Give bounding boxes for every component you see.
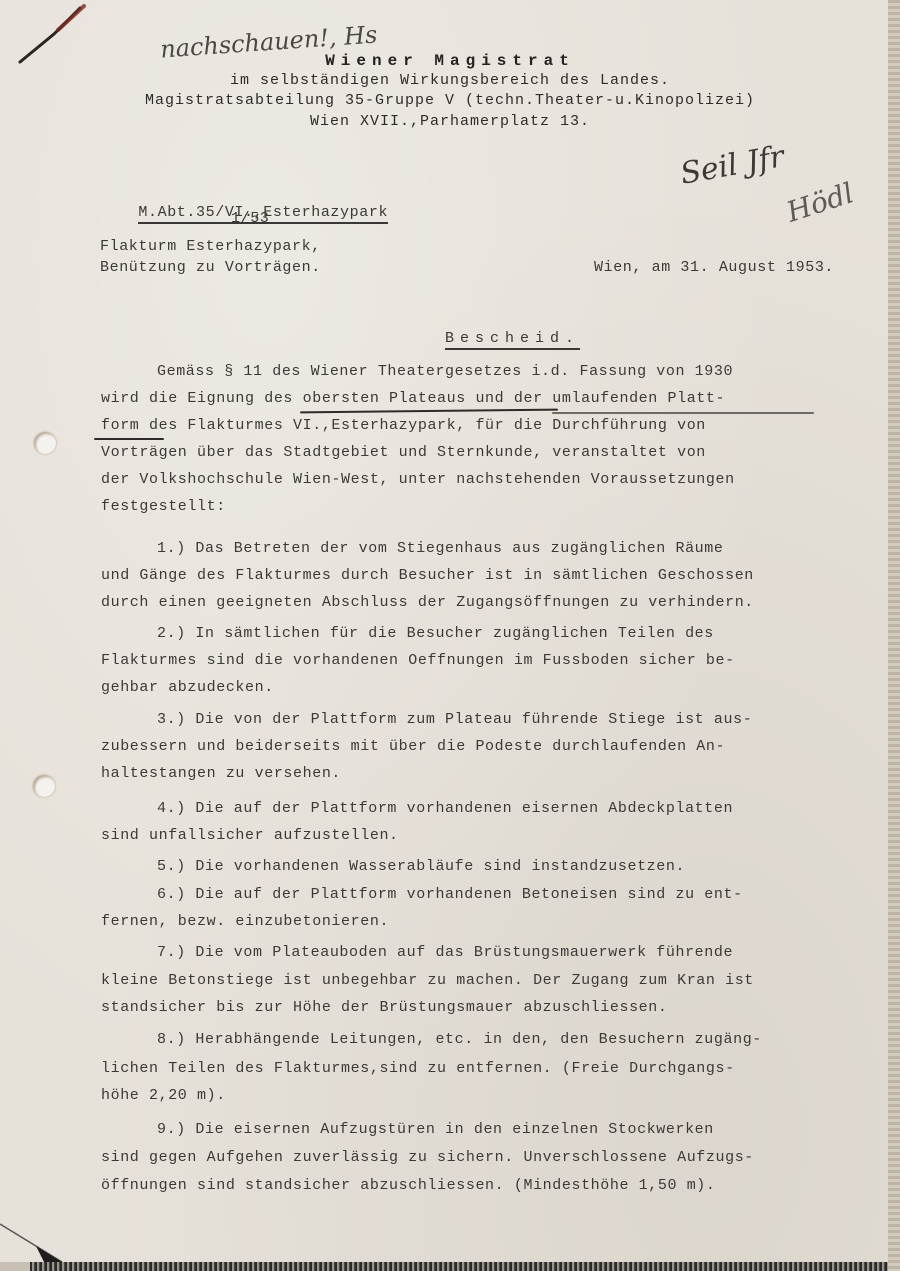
handwritten-signature-2: Hödl: [783, 176, 858, 228]
item-9-line: sind gegen Aufgehen zuverlässig zu siche…: [101, 1149, 754, 1166]
handwritten-signature-1: Seil Jfr: [678, 139, 787, 192]
scanned-document-page: nachschauen!, Hs Seil Jfr Hödl Wiener Ma…: [0, 0, 888, 1262]
item-2-line: gehbar abzudecken.: [101, 679, 274, 696]
item-7-line: 7.) Die vom Plateauboden auf das Brüstun…: [157, 944, 733, 961]
item-1-line: durch einen geeigneten Abschluss der Zug…: [101, 594, 754, 611]
item-8-line: lichen Teilen des Flakturmes,sind zu ent…: [101, 1060, 735, 1077]
binder-hole-top: [34, 432, 56, 454]
item-5-line: 5.) Die vorhandenen Wasserabläufe sind i…: [157, 858, 685, 875]
intro-line: festgestellt:: [101, 498, 226, 515]
item-3-line: 3.) Die von der Plattform zum Plateau fü…: [157, 711, 752, 728]
pen-underline: [552, 412, 814, 414]
letterhead-line-1: im selbständigen Wirkungsbereich des Lan…: [0, 72, 900, 89]
page-bottom-edge: [30, 1262, 888, 1271]
binder-hole-bottom: [33, 775, 55, 797]
intro-line: Gemäss § 11 des Wiener Theatergesetzes i…: [157, 363, 733, 380]
item-9-line: 9.) Die eisernen Aufzugstüren in den ein…: [157, 1121, 714, 1138]
item-1-line: 1.) Das Betreten der vom Stiegenhaus aus…: [157, 540, 724, 557]
letterhead-title: Wiener Magistrat: [0, 52, 900, 70]
item-2-line: Flakturmes sind die vorhandenen Oeffnung…: [101, 652, 735, 669]
page-right-edge: [888, 0, 900, 1271]
subject-line-2: Benützung zu Vorträgen.: [100, 259, 321, 276]
pen-underline: [300, 409, 558, 414]
item-9-line: öffnungen sind standsicher abzuschliesse…: [101, 1177, 716, 1194]
item-7-line: standsicher bis zur Höhe der Brüstungsma…: [101, 999, 668, 1016]
folded-corner: [0, 1222, 70, 1264]
item-4-line: 4.) Die auf der Plattform vorhandenen ei…: [157, 800, 733, 817]
item-3-line: haltestangen zu versehen.: [101, 765, 341, 782]
intro-line: der Volkshochschule Wien-West, unter nac…: [101, 471, 735, 488]
letterhead-line-3: Wien XVII.,Parhamerplatz 13.: [0, 113, 900, 130]
pen-underline: [94, 438, 164, 440]
item-3-line: zubessern und beiderseits mit über die P…: [101, 738, 725, 755]
item-4-line: sind unfallsicher aufzustellen.: [101, 827, 399, 844]
intro-line: wird die Eignung des obersten Plateaus u…: [101, 390, 725, 407]
subject-line-1: Flakturm Esterhazypark,: [100, 238, 321, 255]
item-6-line: 6.) Die auf der Plattform vorhandenen Be…: [157, 886, 743, 903]
item-1-line: und Gänge des Flakturmes durch Besucher …: [101, 567, 754, 584]
letterhead-line-2: Magistratsabteilung 35-Gruppe V (techn.T…: [0, 92, 900, 109]
intro-line: Vorträgen über das Stadtgebiet und Stern…: [101, 444, 706, 461]
item-2-line: 2.) In sämtlichen für die Besucher zugän…: [157, 625, 714, 642]
reference-sub: 1/53: [231, 210, 269, 227]
intro-line: form des Flakturmes VI.,Esterhazypark, f…: [101, 417, 706, 434]
item-6-line: fernen, bezw. einzubetonieren.: [101, 913, 389, 930]
item-8-line: höhe 2,20 m).: [101, 1087, 226, 1104]
item-8-line: 8.) Herabhängende Leitungen, etc. in den…: [157, 1031, 762, 1048]
item-7-line: kleine Betonstiege ist unbegehbar zu mac…: [101, 972, 754, 989]
document-heading-text: Bescheid.: [445, 330, 580, 350]
document-date: Wien, am 31. August 1953.: [594, 259, 834, 276]
document-heading: Bescheid.: [385, 313, 580, 364]
